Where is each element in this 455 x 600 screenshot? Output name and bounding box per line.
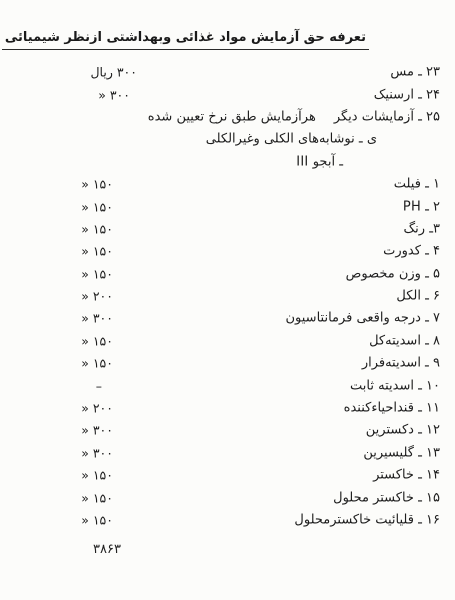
section-label: ی ـ نوشابه‌های الکلی وغیرالکلی: [206, 132, 377, 147]
fee-value: ۳۰۰ «: [81, 445, 113, 460]
table-row: ۱ ـ فیلت ۱۵۰ «: [15, 173, 440, 195]
item-label: ۲۵ ـ آزمایشات دیگر: [334, 109, 440, 124]
table-row: ۱۵ ـ خاکستر محلول ۱۵۰ «: [15, 486, 440, 508]
item-label: ۸ ـ اسدیته‌کل: [369, 333, 440, 348]
item-label: ۱۰ ـ اسدیته ثابت: [350, 378, 440, 393]
fee-value: ۱۵۰ «: [81, 199, 113, 214]
section-label: III ـ آبجو: [296, 154, 343, 169]
item-label: ۲ ـ PH: [403, 199, 440, 214]
table-row: ۲ ـ PH ۱۵۰ «: [15, 195, 440, 217]
table-row: ۱۳ ـ گلیسیرین ۳۰۰ «: [15, 442, 440, 464]
item-label: ۱۶ ـ قلیائیت خاکسترمحلول: [294, 513, 440, 528]
table-row: ۲۴ ـ ارسنیک ۳۰۰ «: [15, 83, 440, 105]
scanned-document-page: تعرفه حق آزمایش مواد غذائی وبهداشتی ازنظ…: [0, 0, 455, 600]
item-label: ۴ ـ کدورت: [383, 244, 440, 259]
table-row: ۲۳ ـ مس ۳۰۰ ریال: [15, 61, 440, 83]
fee-value: ۲۰۰ «: [81, 289, 113, 304]
fee-value: ۳۰۰ «: [98, 87, 130, 102]
fee-value: ۱۵۰ «: [81, 266, 113, 281]
table-row: ۸ ـ اسدیته‌کل ۱۵۰ «: [15, 330, 440, 352]
table-row: III ـ آبجو: [15, 151, 440, 173]
table-row: ی ـ نوشابه‌های الکلی وغیرالکلی: [15, 128, 440, 150]
fee-value: ۳۰۰ ریال: [90, 65, 137, 80]
fee-value: ۱۵۰ «: [81, 490, 113, 505]
table-row: ۳ـ رنگ ۱۵۰ «: [15, 218, 440, 240]
table-row: ۱۱ ـ قنداحیاءکننده ۲۰۰ «: [15, 397, 440, 419]
table-row: ۶ ـ الکل ۲۰۰ «: [15, 285, 440, 307]
fee-value: ۲۰۰ «: [81, 401, 113, 416]
item-label: ۲۳ ـ مس: [390, 65, 440, 80]
item-label: ۹ ـ اسدیته‌فرار: [362, 356, 440, 371]
item-label: ۱۱ ـ قنداحیاءکننده: [344, 401, 440, 416]
fee-value: –: [96, 378, 102, 393]
table-row: ۵ ـ وزن مخصوص ۱۵۰ «: [15, 263, 440, 285]
item-label: ۵ ـ وزن مخصوص: [346, 266, 440, 281]
item-label: ۶ ـ الکل: [396, 289, 440, 304]
fee-value: ۱۵۰ «: [81, 356, 113, 371]
item-label: ۱ ـ فیلت: [394, 177, 440, 192]
item-label: ۱۳ ـ گلیسیرین: [363, 445, 440, 460]
table-row: ۱۶ ـ قلیائیت خاکسترمحلول ۱۵۰ «: [15, 509, 440, 531]
fee-value: ۱۵۰ «: [81, 221, 113, 236]
fee-value: ۱۵۰ «: [81, 513, 113, 528]
fee-value: ۳۰۰ «: [81, 423, 113, 438]
fee-value: ۱۵۰ «: [81, 177, 113, 192]
item-label: ۱۵ ـ خاکستر محلول: [333, 490, 440, 505]
fee-value: ۱۵۰ «: [81, 333, 113, 348]
table-row: ۱۴ ـ خاکستر ۱۵۰ «: [15, 464, 440, 486]
table-row: ۹ ـ اسدیته‌فرار ۱۵۰ «: [15, 352, 440, 374]
item-label: ۱۴ ـ خاکستر: [373, 468, 440, 483]
item-label: ۱۲ ـ دکسترین: [366, 423, 440, 438]
fee-value: ۱۵۰ «: [81, 468, 113, 483]
page-number: ۳۸۶۳: [93, 542, 121, 557]
table-row: ۱۰ ـ اسدیته ثابت –: [15, 374, 440, 396]
fee-value: ۱۵۰ «: [81, 244, 113, 259]
table-row: ۲۵ ـ آزمایشات دیگرهرآزمایش طبق نرخ تعیین…: [15, 106, 440, 128]
fee-value: ۳۰۰ «: [81, 311, 113, 326]
table-row: ۷ ـ درجه واقعی فرمانتاسیون ۳۰۰ «: [15, 307, 440, 329]
table-row: ۴ ـ کدورت ۱۵۰ «: [15, 240, 440, 262]
item-label: ۲۴ ـ ارسنیک: [374, 87, 440, 102]
table-row: ۱۲ ـ دکسترین ۳۰۰ «: [15, 419, 440, 441]
page-title: تعرفه حق آزمایش مواد غذائی وبهداشتی ازنظ…: [2, 30, 369, 50]
item-label: ۷ ـ درجه واقعی فرمانتاسیون: [286, 311, 441, 326]
item-label-group: ۲۵ ـ آزمایشات دیگرهرآزمایش طبق نرخ تعیین…: [148, 109, 440, 124]
tariff-list: ۲۳ ـ مس ۳۰۰ ریال ۲۴ ـ ارسنیک ۳۰۰ « ۲۵ ـ …: [15, 61, 440, 531]
item-note: هرآزمایش طبق نرخ تعیین شده: [148, 109, 316, 124]
item-label: ۳ـ رنگ: [404, 221, 440, 236]
title-block: تعرفه حق آزمایش مواد غذائی وبهداشتی ازنظ…: [86, 26, 369, 50]
